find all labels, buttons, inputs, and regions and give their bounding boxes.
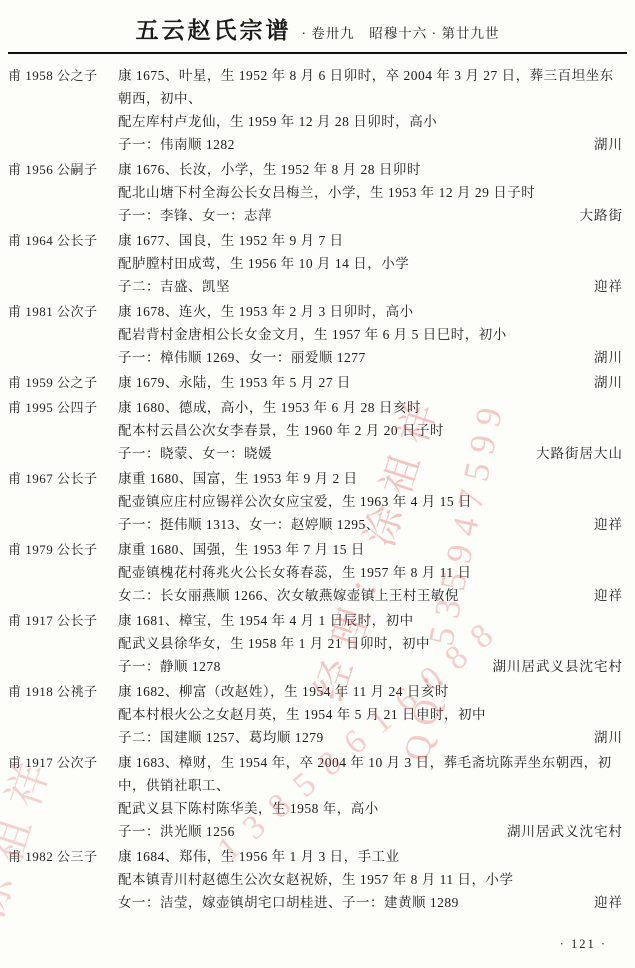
entry-line: 子一：伟南顺 1282湖川 <box>118 133 623 156</box>
entry-line-text: 配胪膛村田成莺，生 1956 年 10 月 14 日，小学 <box>118 256 409 271</box>
entry-line: 康 1683、樟财，生 1954 年，卒 2004 年 10 月 3 日，葬毛斋… <box>118 751 623 797</box>
entry-line: 子一：李锋、女一：志萍大路街 <box>118 204 623 227</box>
entry-line: 配壶镇应庄村应锡祥公次女应宝爱，生 1963 年 4 月 15 日 <box>118 490 623 513</box>
entry-line: 子一：晓蒙、女一：晓媛大路街居大山 <box>118 442 623 465</box>
entry-line-text: 子一：静顺 1278 <box>118 655 221 678</box>
entry-line-text: 子一：洪光顺 1256 <box>118 820 235 843</box>
entry-line-text: 子一：挺伟顺 1313、女一：赵婷顺 1295、 <box>118 513 380 536</box>
residence-label: 湖川 <box>584 346 623 369</box>
entry-row: 甫 1959 公之子康 1679、永陆，生 1953 年 5 月 27 日湖川 <box>8 371 623 394</box>
entry-line-text: 康 1678、连火，生 1953 年 2 月 3 日卯时，高小 <box>118 304 414 319</box>
entry-line: 康 1681、樟宝，生 1954 年 4 月 1 日辰时，初中 <box>118 609 623 632</box>
genealogy-page: 经理：涂祖祥QQ：53594759913858616088涂祖祥 五云赵氏宗谱 … <box>0 0 635 968</box>
father-label: 甫 1981 公次子 <box>8 300 118 323</box>
entry-line: 女二：长女丽燕顺 1266、次女敏燕嫁壶镇上王村王敏倪迎祥 <box>118 584 623 607</box>
residence-label: 迎祥 <box>584 584 623 607</box>
entry-line: 配左库村卢龙仙，生 1959 年 12 月 28 日卯时，高小 <box>118 110 623 133</box>
father-label: 甫 1958 公之子 <box>8 64 118 87</box>
entry-line: 康 1678、连火，生 1953 年 2 月 3 日卯时，高小 <box>118 300 623 323</box>
page-number: · 121 · <box>560 937 607 951</box>
entry-line-text: 康 1684、郑伟，生 1956 年 1 月 3 日，手工业 <box>118 849 400 864</box>
page-footer: · 121 · <box>560 937 607 952</box>
entry-line: 女一：洁莹，嫁壶镇胡宅口胡桂进、子一：建黄顺 1289迎祥 <box>118 891 623 914</box>
entry-line-text: 配岩背村金唐相公长女金文月，生 1957 年 6 月 5 日巳时，初小 <box>118 327 507 342</box>
entry-line-text: 康重 1680、国富，生 1953 年 9 月 2 日 <box>118 471 358 486</box>
entry-content: 康 1683、樟财，生 1954 年，卒 2004 年 10 月 3 日，葬毛斋… <box>118 751 623 843</box>
residence-label: 湖川 <box>584 133 623 156</box>
residence-label: 湖川 <box>584 726 623 749</box>
entry-line: 子一：洪光顺 1256湖川居武义沈宅村 <box>118 820 623 843</box>
entry-line-text: 配壶镇槐花村蒋兆火公长女蒋春蕊，生 1957 年 8 月 11 日 <box>118 565 472 580</box>
entry-row: 甫 1956 公嗣子康 1676、长汝，小学，生 1952 年 8 月 28 日… <box>8 158 623 227</box>
page-header: 五云赵氏宗谱 · 卷卅九 昭穆十六 · 第廿九世 <box>0 0 635 45</box>
entry-line: 康 1675、叶星，生 1952 年 8 月 6 日卯时，卒 2004 年 3 … <box>118 64 623 110</box>
entry-line: 配本村云昌公次女李春景，生 1960 年 2 月 20 日子时 <box>118 419 623 442</box>
father-label: 甫 1967 公长子 <box>8 467 118 490</box>
entry-line-text: 康 1680、德成，高小，生 1953 年 6 月 28 日亥时 <box>118 400 421 415</box>
entry-line-text: 女一：洁莹，嫁壶镇胡宅口胡桂进、子一：建黄顺 1289 <box>118 891 459 914</box>
entry-line-text: 配本村云昌公次女李春景，生 1960 年 2 月 20 日子时 <box>118 423 444 438</box>
entry-line-text: 配武义县徐华女，生 1958 年 1 月 21 日卯时，初中 <box>118 636 430 651</box>
volume-subtitle: · 卷卅九 昭穆十六 · 第廿九世 <box>301 26 499 41</box>
entry-line-text: 康 1675、叶星，生 1952 年 8 月 6 日卯时，卒 2004 年 3 … <box>118 68 614 106</box>
entry-content: 康 1682、柳富（改赵姓），生 1954 年 11 月 24 日亥时配本村根火… <box>118 680 623 749</box>
residence-label: 湖川居武义沈宅村 <box>497 820 623 843</box>
entry-line-text: 子二：吉盛、凯坚 <box>118 275 230 298</box>
entry-line: 康重 1680、国富，生 1953 年 9 月 2 日 <box>118 467 623 490</box>
entry-line-text: 康 1683、樟财，生 1954 年，卒 2004 年 10 月 3 日，葬毛斋… <box>118 755 612 793</box>
father-label: 甫 1917 公次子 <box>8 751 118 774</box>
entry-row: 甫 1982 公三子康 1684、郑伟，生 1956 年 1 月 3 日，手工业… <box>8 845 623 914</box>
entry-line: 康 1680、德成，高小，生 1953 年 6 月 28 日亥时 <box>118 396 623 419</box>
entry-line: 配胪膛村田成莺，生 1956 年 10 月 14 日，小学 <box>118 252 623 275</box>
father-label: 甫 1964 公长子 <box>8 229 118 252</box>
entry-line: 子二：国建顺 1257、葛均顺 1279湖川 <box>118 726 623 749</box>
entry-content: 康重 1680、国富，生 1953 年 9 月 2 日配壶镇应庄村应锡祥公次女应… <box>118 467 623 536</box>
residence-label: 迎祥 <box>584 891 623 914</box>
entry-line: 子一：挺伟顺 1313、女一：赵婷顺 1295、迎祥 <box>118 513 623 536</box>
entry-row: 甫 1967 公长子康重 1680、国富，生 1953 年 9 月 2 日配壶镇… <box>8 467 623 536</box>
entry-line-text: 配壶镇应庄村应锡祥公次女应宝爱，生 1963 年 4 月 15 日 <box>118 494 472 509</box>
entry-line-text: 子二：国建顺 1257、葛均顺 1279 <box>118 726 324 749</box>
entry-line-text: 康 1679、永陆，生 1953 年 5 月 27 日 <box>118 371 351 394</box>
entry-line: 子一：静顺 1278湖川居武义县沈宅村 <box>118 655 623 678</box>
entry-row: 甫 1981 公次子康 1678、连火，生 1953 年 2 月 3 日卯时，高… <box>8 300 623 369</box>
entry-line-text: 配本镇青川村赵德生公次女赵祝娇，生 1957 年 8 月 11 日，小学 <box>118 872 514 887</box>
entries-list: 甫 1958 公之子康 1675、叶星，生 1952 年 8 月 6 日卯时，卒… <box>0 54 635 914</box>
entry-row: 甫 1918 公祧子康 1682、柳富（改赵姓），生 1954 年 11 月 2… <box>8 680 623 749</box>
entry-line: 配武义县下陈村陈华美，生 1958 年，高小 <box>118 797 623 820</box>
entry-content: 康 1677、国良，生 1952 年 9 月 7 日配胪膛村田成莺，生 1956… <box>118 229 623 298</box>
entry-line: 配本镇青川村赵德生公次女赵祝娇，生 1957 年 8 月 11 日，小学 <box>118 868 623 891</box>
entry-line-text: 配北山塘下村全海公长女吕梅兰，小学，生 1953 年 12 月 29 日子时 <box>118 185 535 200</box>
entry-line-text: 子一：樟伟顺 1269、女一：丽爱顺 1277 <box>118 346 366 369</box>
entry-content: 康 1679、永陆，生 1953 年 5 月 27 日湖川 <box>118 371 623 394</box>
father-label: 甫 1959 公之子 <box>8 371 118 394</box>
entry-line-text: 康 1681、樟宝，生 1954 年 4 月 1 日辰时，初中 <box>118 613 414 628</box>
entry-line: 配岩背村金唐相公长女金文月，生 1957 年 6 月 5 日巳时，初小 <box>118 323 623 346</box>
entry-content: 康重 1680、国强，生 1953 年 7 月 15 日配壶镇槐花村蒋兆火公长女… <box>118 538 623 607</box>
residence-label: 迎祥 <box>584 513 623 536</box>
entry-line-text: 康 1677、国良，生 1952 年 9 月 7 日 <box>118 233 344 248</box>
entry-line: 康 1682、柳富（改赵姓），生 1954 年 11 月 24 日亥时 <box>118 680 623 703</box>
entry-line: 康 1677、国良，生 1952 年 9 月 7 日 <box>118 229 623 252</box>
father-label: 甫 1979 公长子 <box>8 538 118 561</box>
entry-row: 甫 1917 公次子康 1683、樟财，生 1954 年，卒 2004 年 10… <box>8 751 623 843</box>
father-label: 甫 1918 公祧子 <box>8 680 118 703</box>
entry-line: 康 1679、永陆，生 1953 年 5 月 27 日湖川 <box>118 371 623 394</box>
entry-line-text: 子一：伟南顺 1282 <box>118 133 235 156</box>
entry-line-text: 配武义县下陈村陈华美，生 1958 年，高小 <box>118 801 379 816</box>
entry-line: 康重 1680、国强，生 1953 年 7 月 15 日 <box>118 538 623 561</box>
entry-line-text: 配本村根火公之女赵月英，生 1954 年 5 月 21 日申时，初中 <box>118 707 486 722</box>
entry-line: 配北山塘下村全海公长女吕梅兰，小学，生 1953 年 12 月 29 日子时 <box>118 181 623 204</box>
father-label: 甫 1956 公嗣子 <box>8 158 118 181</box>
entry-content: 康 1678、连火，生 1953 年 2 月 3 日卯时，高小配岩背村金唐相公长… <box>118 300 623 369</box>
entry-line: 配本村根火公之女赵月英，生 1954 年 5 月 21 日申时，初中 <box>118 703 623 726</box>
entry-row: 甫 1995 公四子康 1680、德成，高小，生 1953 年 6 月 28 日… <box>8 396 623 465</box>
residence-label: 迎祥 <box>584 275 623 298</box>
entry-line: 子二：吉盛、凯坚迎祥 <box>118 275 623 298</box>
entry-line: 子一：樟伟顺 1269、女一：丽爱顺 1277湖川 <box>118 346 623 369</box>
entry-row: 甫 1964 公长子康 1677、国良，生 1952 年 9 月 7 日配胪膛村… <box>8 229 623 298</box>
entry-line-text: 子一：晓蒙、女一：晓媛 <box>118 442 272 465</box>
entry-line-text: 康重 1680、国强，生 1953 年 7 月 15 日 <box>118 542 365 557</box>
entry-line: 配壶镇槐花村蒋兆火公长女蒋春蕊，生 1957 年 8 月 11 日 <box>118 561 623 584</box>
residence-label: 大路街居大山 <box>526 442 623 465</box>
father-label: 甫 1982 公三子 <box>8 845 118 868</box>
entry-content: 康 1676、长汝，小学，生 1952 年 8 月 28 日卯时配北山塘下村全海… <box>118 158 623 227</box>
father-label: 甫 1995 公四子 <box>8 396 118 419</box>
entry-row: 甫 1917 公长子康 1681、樟宝，生 1954 年 4 月 1 日辰时，初… <box>8 609 623 678</box>
entry-line-text: 子一：李锋、女一：志萍 <box>118 204 272 227</box>
book-title: 五云赵氏宗谱 <box>135 18 291 43</box>
entry-content: 康 1681、樟宝，生 1954 年 4 月 1 日辰时，初中配武义县徐华女，生… <box>118 609 623 678</box>
entry-row: 甫 1979 公长子康重 1680、国强，生 1953 年 7 月 15 日配壶… <box>8 538 623 607</box>
residence-label: 湖川居武义县沈宅村 <box>483 655 624 678</box>
entry-row: 甫 1958 公之子康 1675、叶星，生 1952 年 8 月 6 日卯时，卒… <box>8 64 623 156</box>
entry-line-text: 女二：长女丽燕顺 1266、次女敏燕嫁壶镇上王村王敏倪 <box>118 584 459 607</box>
entry-line-text: 康 1682、柳富（改赵姓），生 1954 年 11 月 24 日亥时 <box>118 684 449 699</box>
father-label: 甫 1917 公长子 <box>8 609 118 632</box>
entry-content: 康 1680、德成，高小，生 1953 年 6 月 28 日亥时配本村云昌公次女… <box>118 396 623 465</box>
entry-content: 康 1684、郑伟，生 1956 年 1 月 3 日，手工业配本镇青川村赵德生公… <box>118 845 623 914</box>
entry-line: 康 1676、长汝，小学，生 1952 年 8 月 28 日卯时 <box>118 158 623 181</box>
entry-line: 配武义县徐华女，生 1958 年 1 月 21 日卯时，初中 <box>118 632 623 655</box>
entry-line-text: 配左库村卢龙仙，生 1959 年 12 月 28 日卯时，高小 <box>118 114 437 129</box>
residence-label: 大路街 <box>570 204 624 227</box>
entry-line: 康 1684、郑伟，生 1956 年 1 月 3 日，手工业 <box>118 845 623 868</box>
residence-label: 湖川 <box>584 371 623 394</box>
entry-content: 康 1675、叶星，生 1952 年 8 月 6 日卯时，卒 2004 年 3 … <box>118 64 623 156</box>
entry-line-text: 康 1676、长汝，小学，生 1952 年 8 月 28 日卯时 <box>118 162 421 177</box>
